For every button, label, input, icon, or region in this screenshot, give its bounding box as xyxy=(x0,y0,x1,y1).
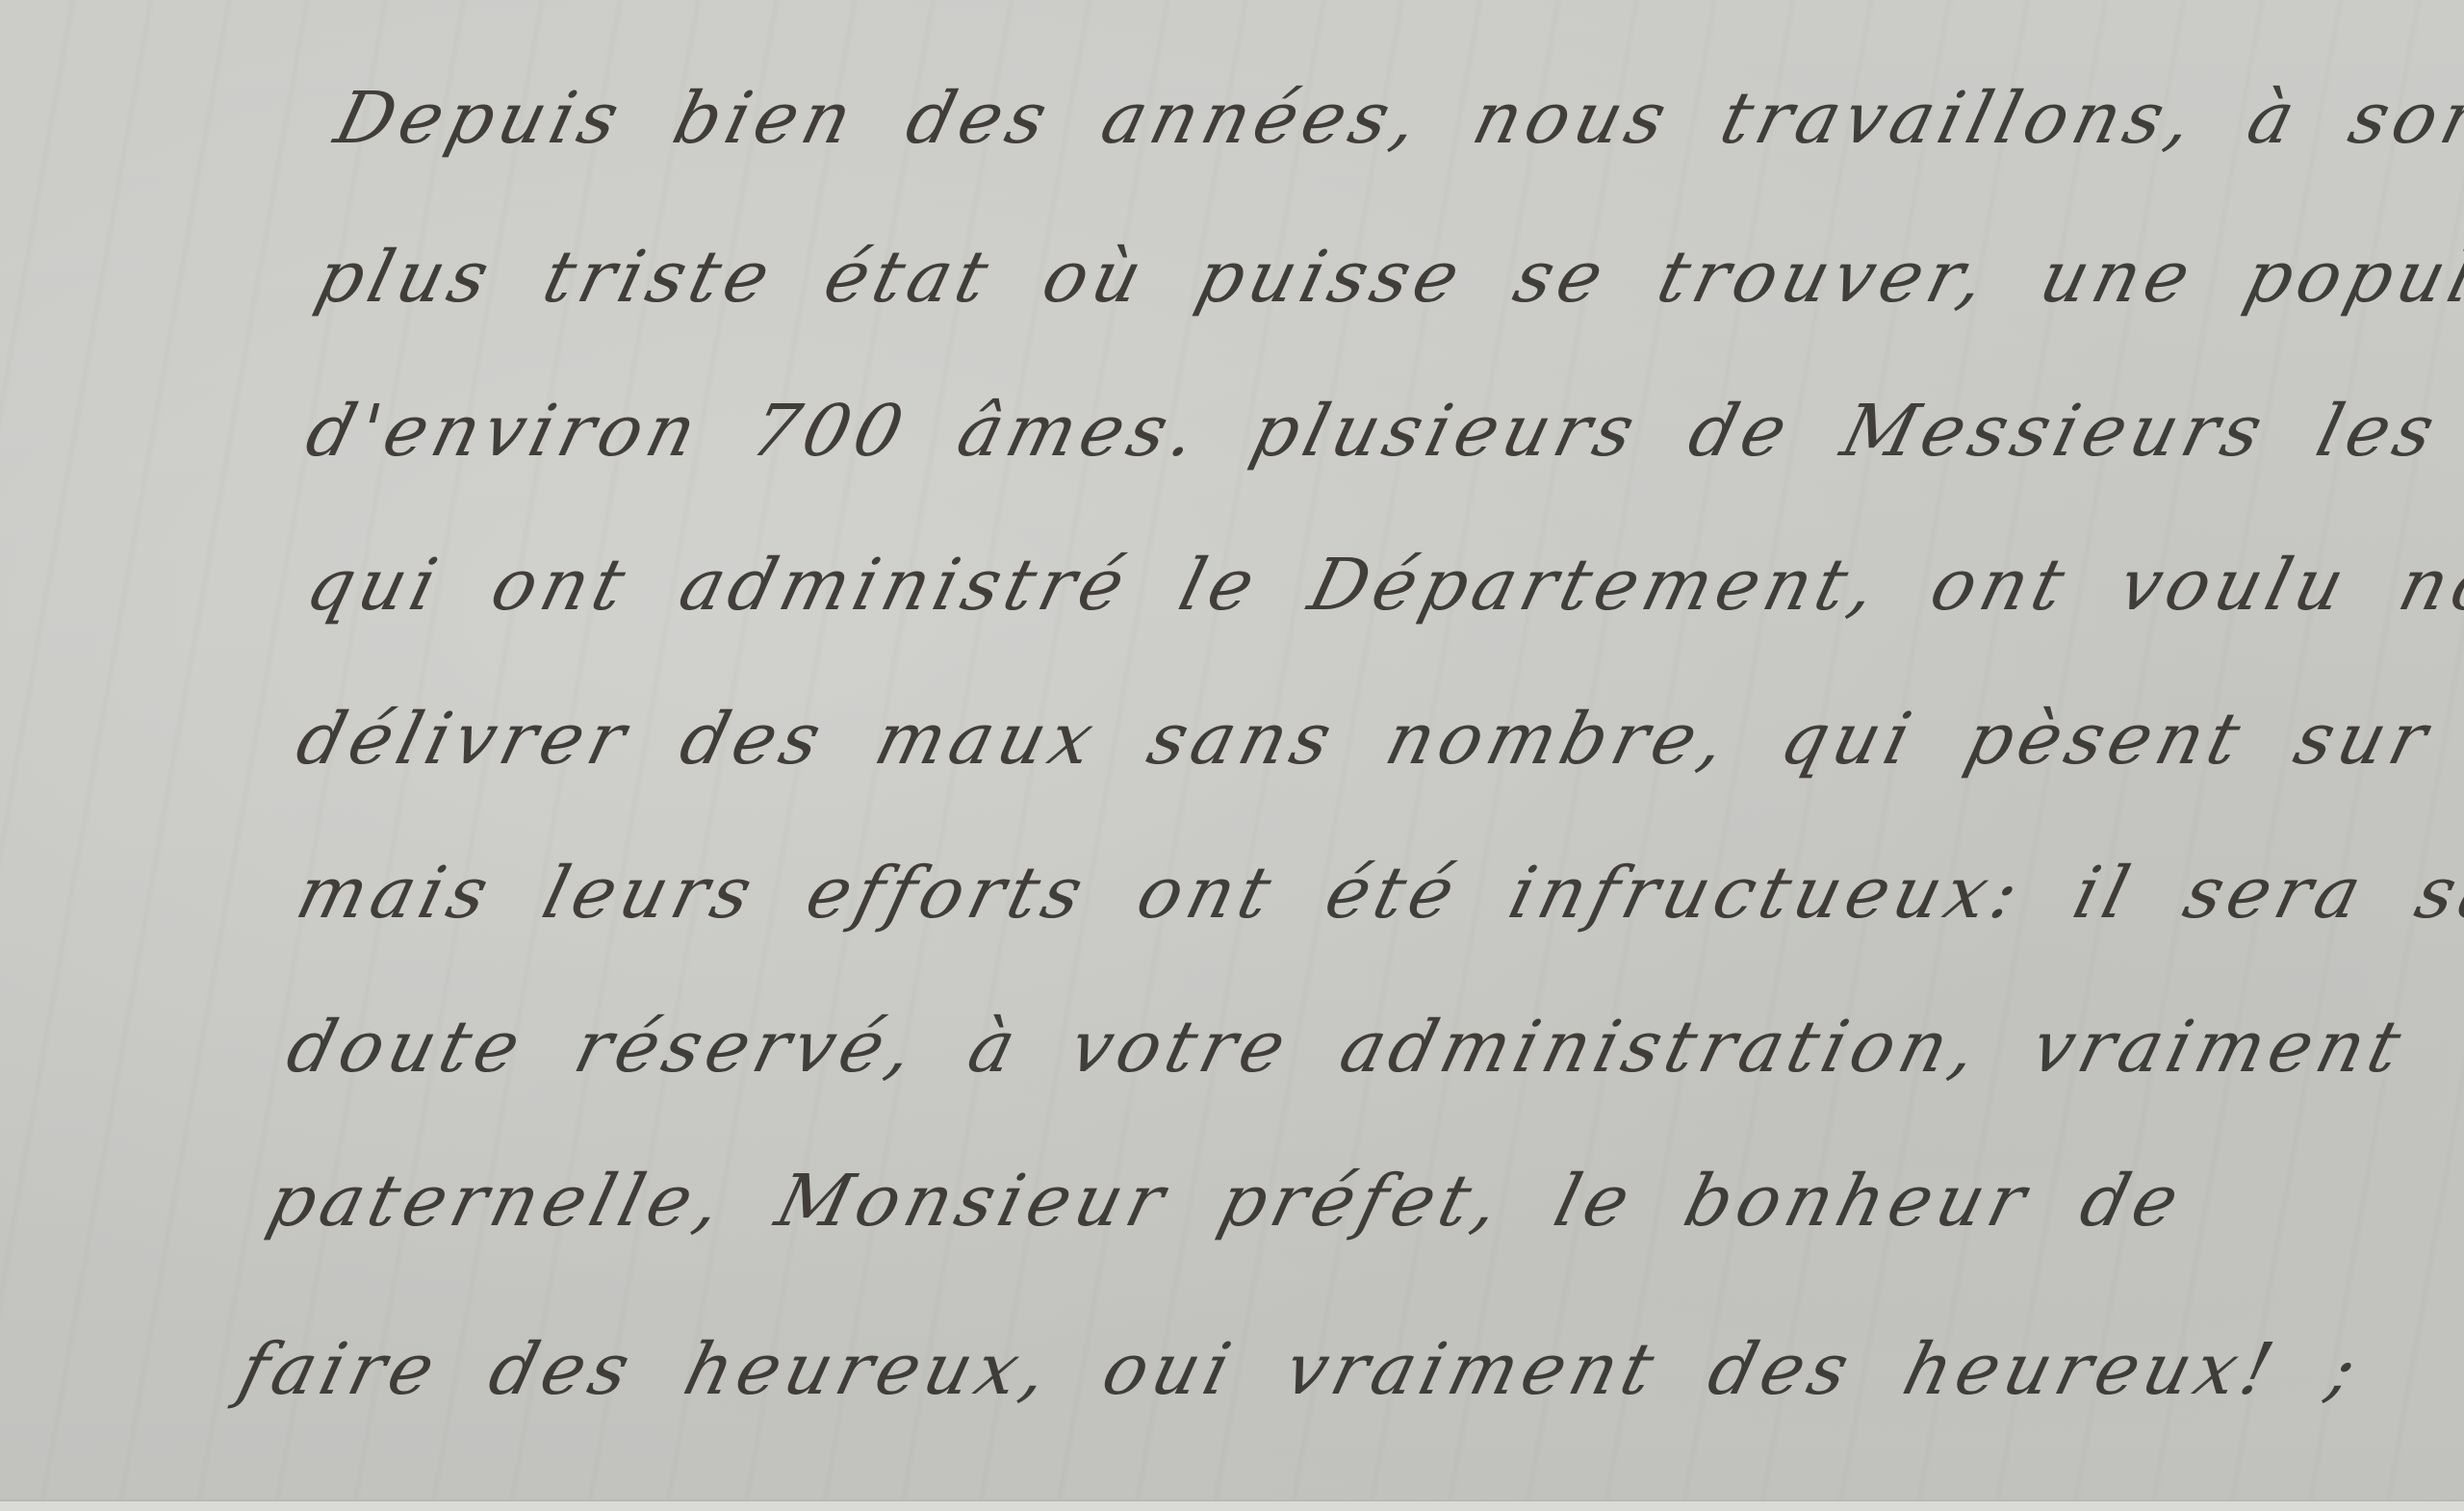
text-line: qui ont administré le Département, ont v… xyxy=(298,544,2464,627)
text-line: délivrer des maux sans nombre, qui pèsen… xyxy=(289,698,2464,781)
manuscript-page: Depuis bien des années, nous travaillons… xyxy=(0,0,2464,1511)
text-line: plus triste état où puisse se trouver, u… xyxy=(308,236,2464,319)
text-line: faire des heureux, oui vraiment des heur… xyxy=(231,1328,2370,1411)
text-line: doute réservé, à votre administration, v… xyxy=(279,1006,2414,1088)
text-line: mais leurs efforts ont été infructueux: … xyxy=(289,852,2464,935)
text-line: paternelle, Monsieur préfet, le bonheur … xyxy=(260,1160,2193,1242)
page-bottom-edge xyxy=(0,1499,2464,1511)
text-line: d'environ 700 âmes. plusieurs de Messieu… xyxy=(298,390,2464,473)
text-line: Depuis bien des années, nous travaillons… xyxy=(327,77,2464,160)
